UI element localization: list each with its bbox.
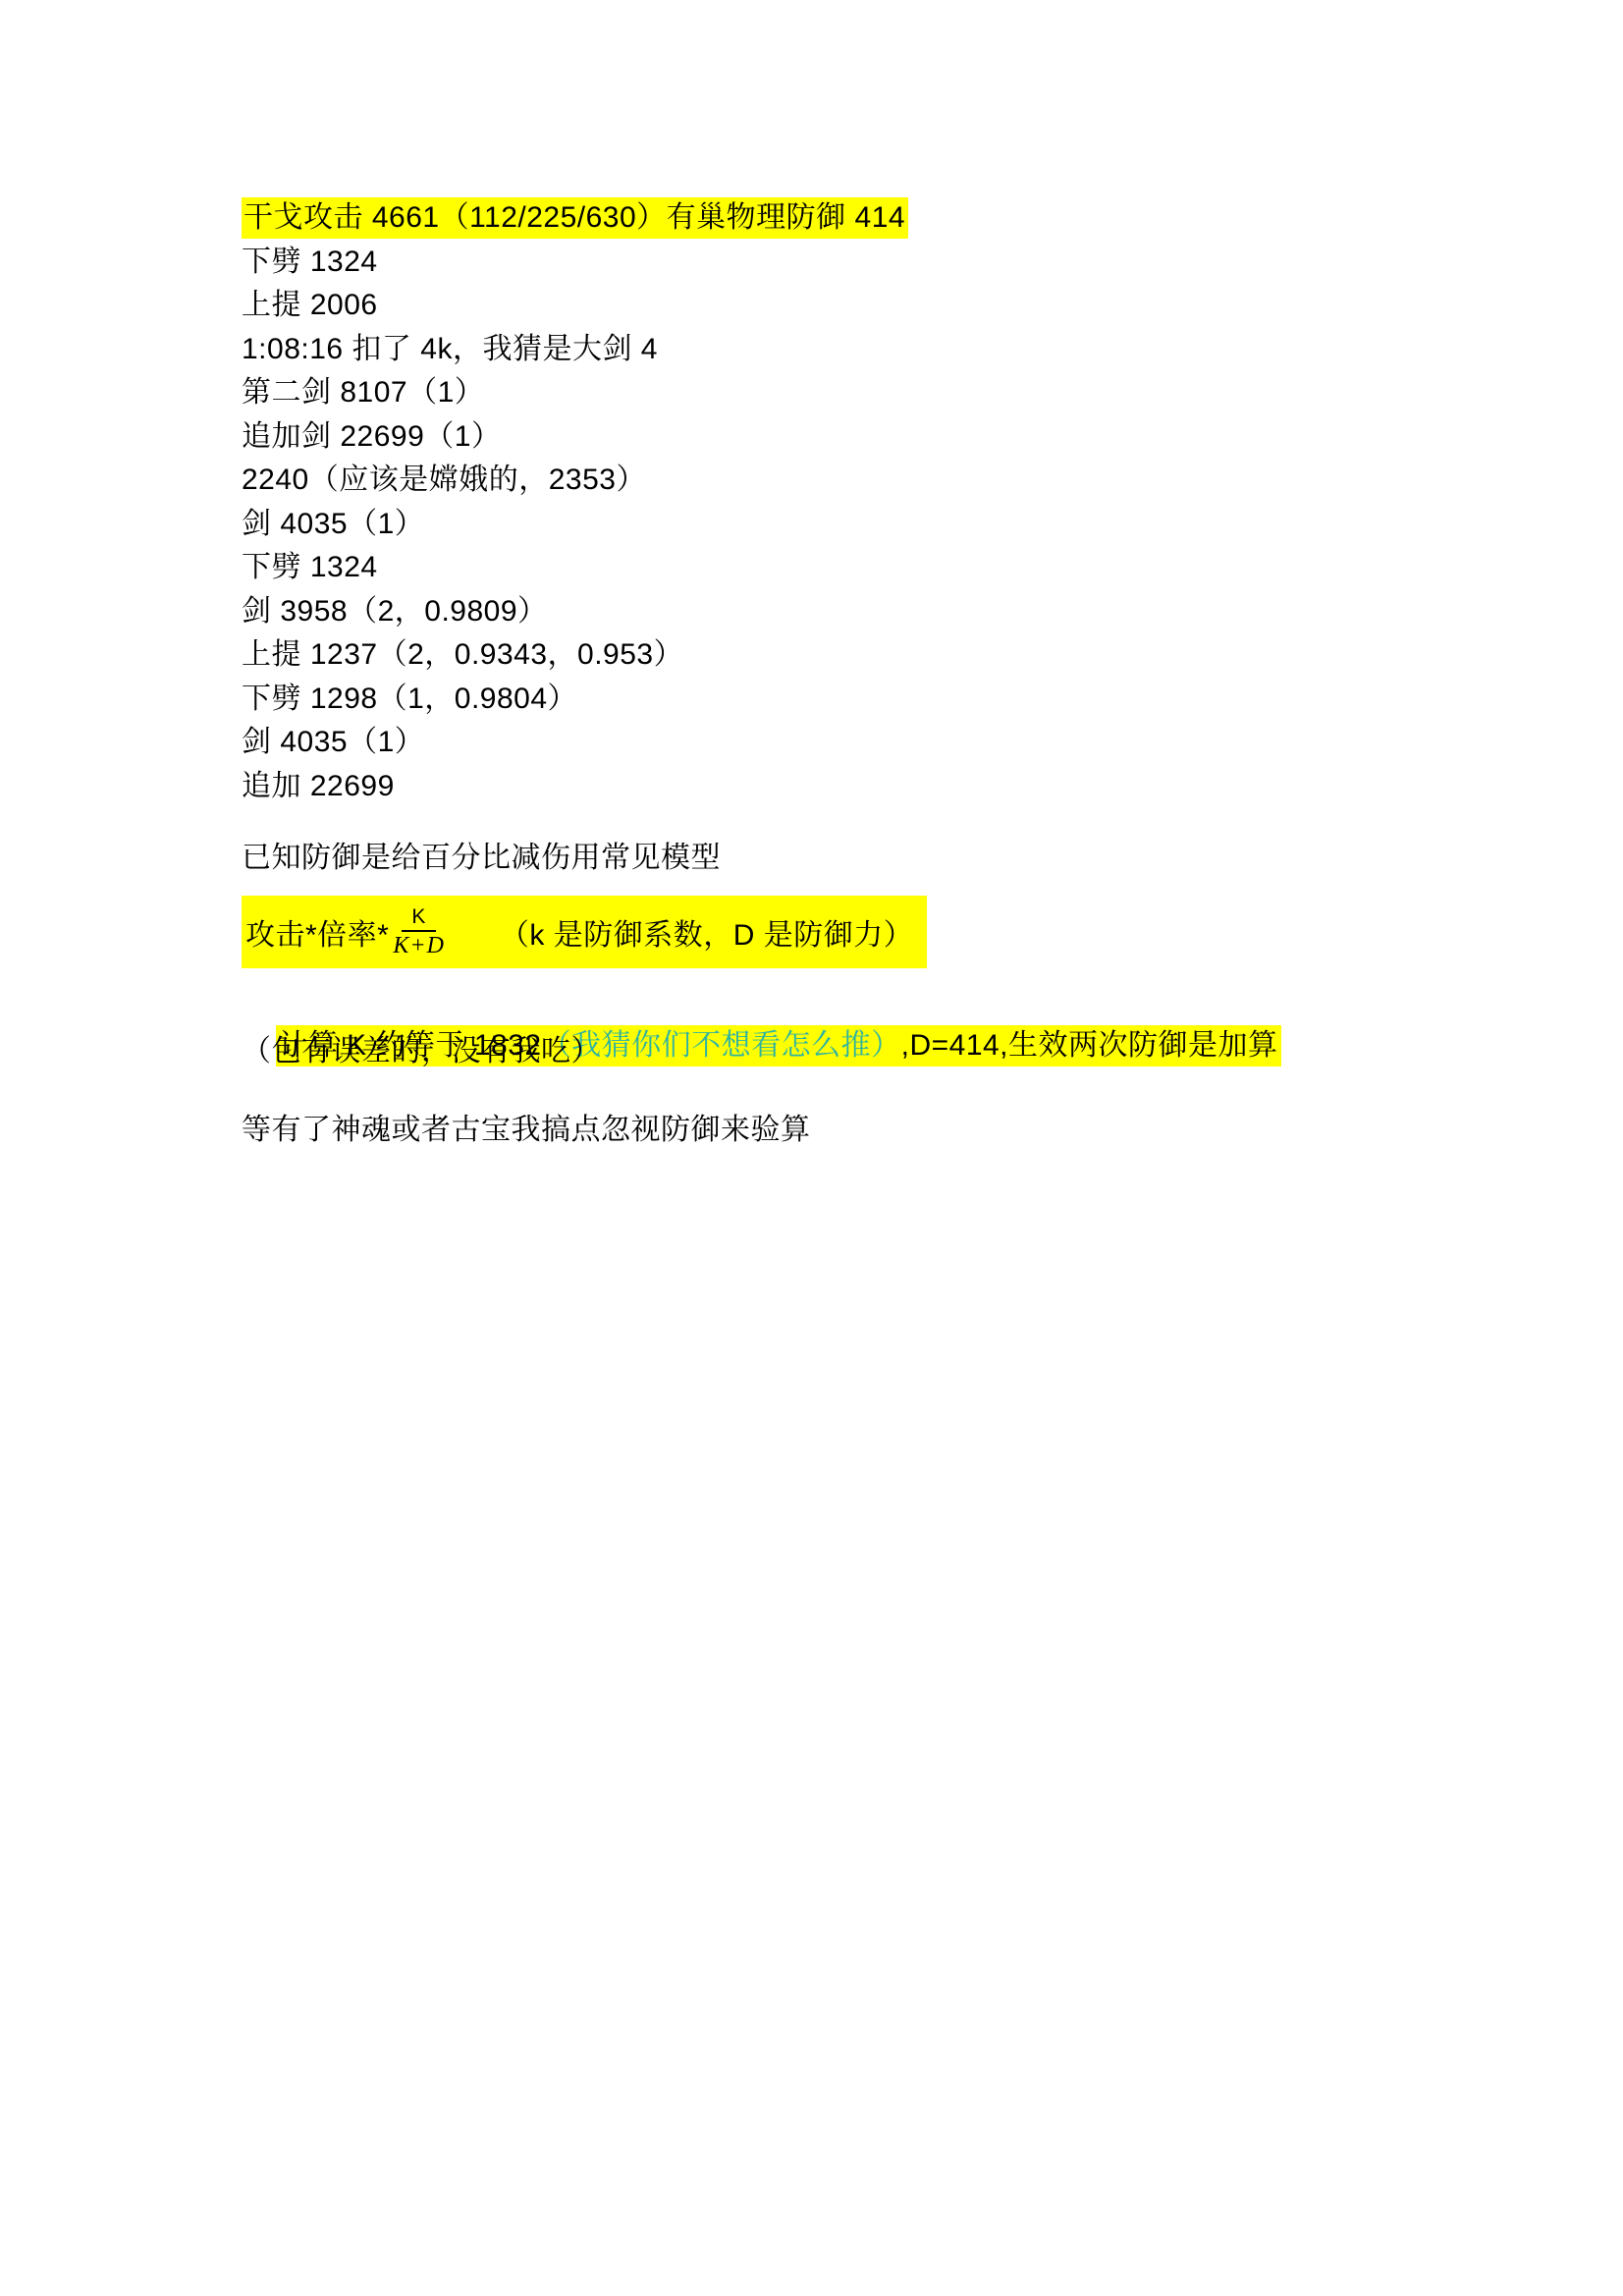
closing-note: 等有了神魂或者古宝我搞点忽视防御来验算: [242, 1109, 1505, 1153]
log-text: 剑 4035（1）: [242, 508, 424, 540]
fraction-denominator: K+D: [393, 932, 445, 959]
log-line-change: 2240（应该是嫦娥的，2353）: [242, 459, 1505, 503]
intro-text: 已知防御是给百分比减伤用常见模型: [242, 842, 721, 874]
log-line-timestamp: 1:08:16 扣了 4k，我猜是大剑 4: [242, 328, 1505, 372]
damage-formula-row: 攻击*倍率* K K+D （k 是防御系数，D 是防御力）: [242, 890, 1505, 974]
log-line-downslash-2: 下劈 1324: [242, 546, 1505, 590]
defense-model-intro: 已知防御是给百分比减伤用常见模型: [242, 837, 1505, 881]
log-line-second-sword: 第二剑 8107（1）: [242, 371, 1505, 415]
log-text: 2240（应该是嫦娥的，2353）: [242, 464, 646, 496]
log-text: 上提 2006: [242, 289, 378, 321]
calc-tail: ,D=414,生效两次防御是加算: [901, 1029, 1278, 1062]
highlighted-attack-stats: 干戈攻击 4661（112/225/630）有巢物理防御 414: [242, 197, 908, 239]
formula-fraction: K K+D: [393, 904, 445, 959]
log-text: 剑 3958（2，0.9809）: [242, 595, 548, 628]
closing-note-text: 等有了神魂或者古宝我搞点忽视防御来验算: [242, 1114, 811, 1146]
log-text: 下劈 1298（1，0.9804）: [242, 683, 577, 715]
log-line-sword-1: 剑 4035（1）: [242, 503, 1505, 547]
log-line-uplift-1: 上提 2006: [242, 284, 1505, 328]
log-line-sword-2: 剑 3958（2，0.9809）: [242, 590, 1505, 634]
log-text: 下劈 1324: [242, 551, 378, 583]
log-line-bonus-sword-1: 追加剑 22699（1）: [242, 415, 1505, 460]
log-text: 追加 22699: [242, 770, 395, 802]
log-line-sword-3: 剑 4035（1）: [242, 721, 1505, 765]
formula-prefix: 攻击*倍率*: [245, 910, 389, 954]
log-text: 第二剑 8107（1）: [242, 376, 484, 409]
log-text: 下劈 1324: [242, 246, 378, 278]
formula-annotation: （k 是防御系数，D 是防御力）: [500, 910, 913, 954]
log-line-downslash-3: 下劈 1298（1，0.9804）: [242, 678, 1505, 722]
log-line-downslash-1: 下劈 1324: [242, 241, 1505, 285]
error-note-text: （包有误差的，没有我吃）: [242, 1035, 601, 1067]
damage-formula: 攻击*倍率* K K+D （k 是防御系数，D 是防御力）: [242, 896, 927, 968]
document-page: 干戈攻击 4661（112/225/630）有巢物理防御 414 下劈 1324…: [0, 0, 1623, 2296]
log-text: 上提 1237（2，0.9343，0.953）: [242, 638, 683, 671]
log-line-attack-stats: 干戈攻击 4661（112/225/630）有巢物理防御 414: [242, 196, 1505, 241]
log-text: 追加剑 22699（1）: [242, 420, 501, 453]
log-text: 1:08:16 扣了 4k，我猜是大剑 4: [242, 333, 658, 365]
fraction-numerator: K: [402, 904, 436, 932]
k-calculation-line: 计算 K 约等于 1832（我猜你们不想看怎么推）,D=414,生效两次防御是加…: [242, 981, 1505, 1025]
log-text: 剑 4035（1）: [242, 726, 424, 758]
log-line-uplift-2: 上提 1237（2，0.9343，0.953）: [242, 633, 1505, 678]
log-line-bonus-final: 追加 22699: [242, 765, 1505, 809]
